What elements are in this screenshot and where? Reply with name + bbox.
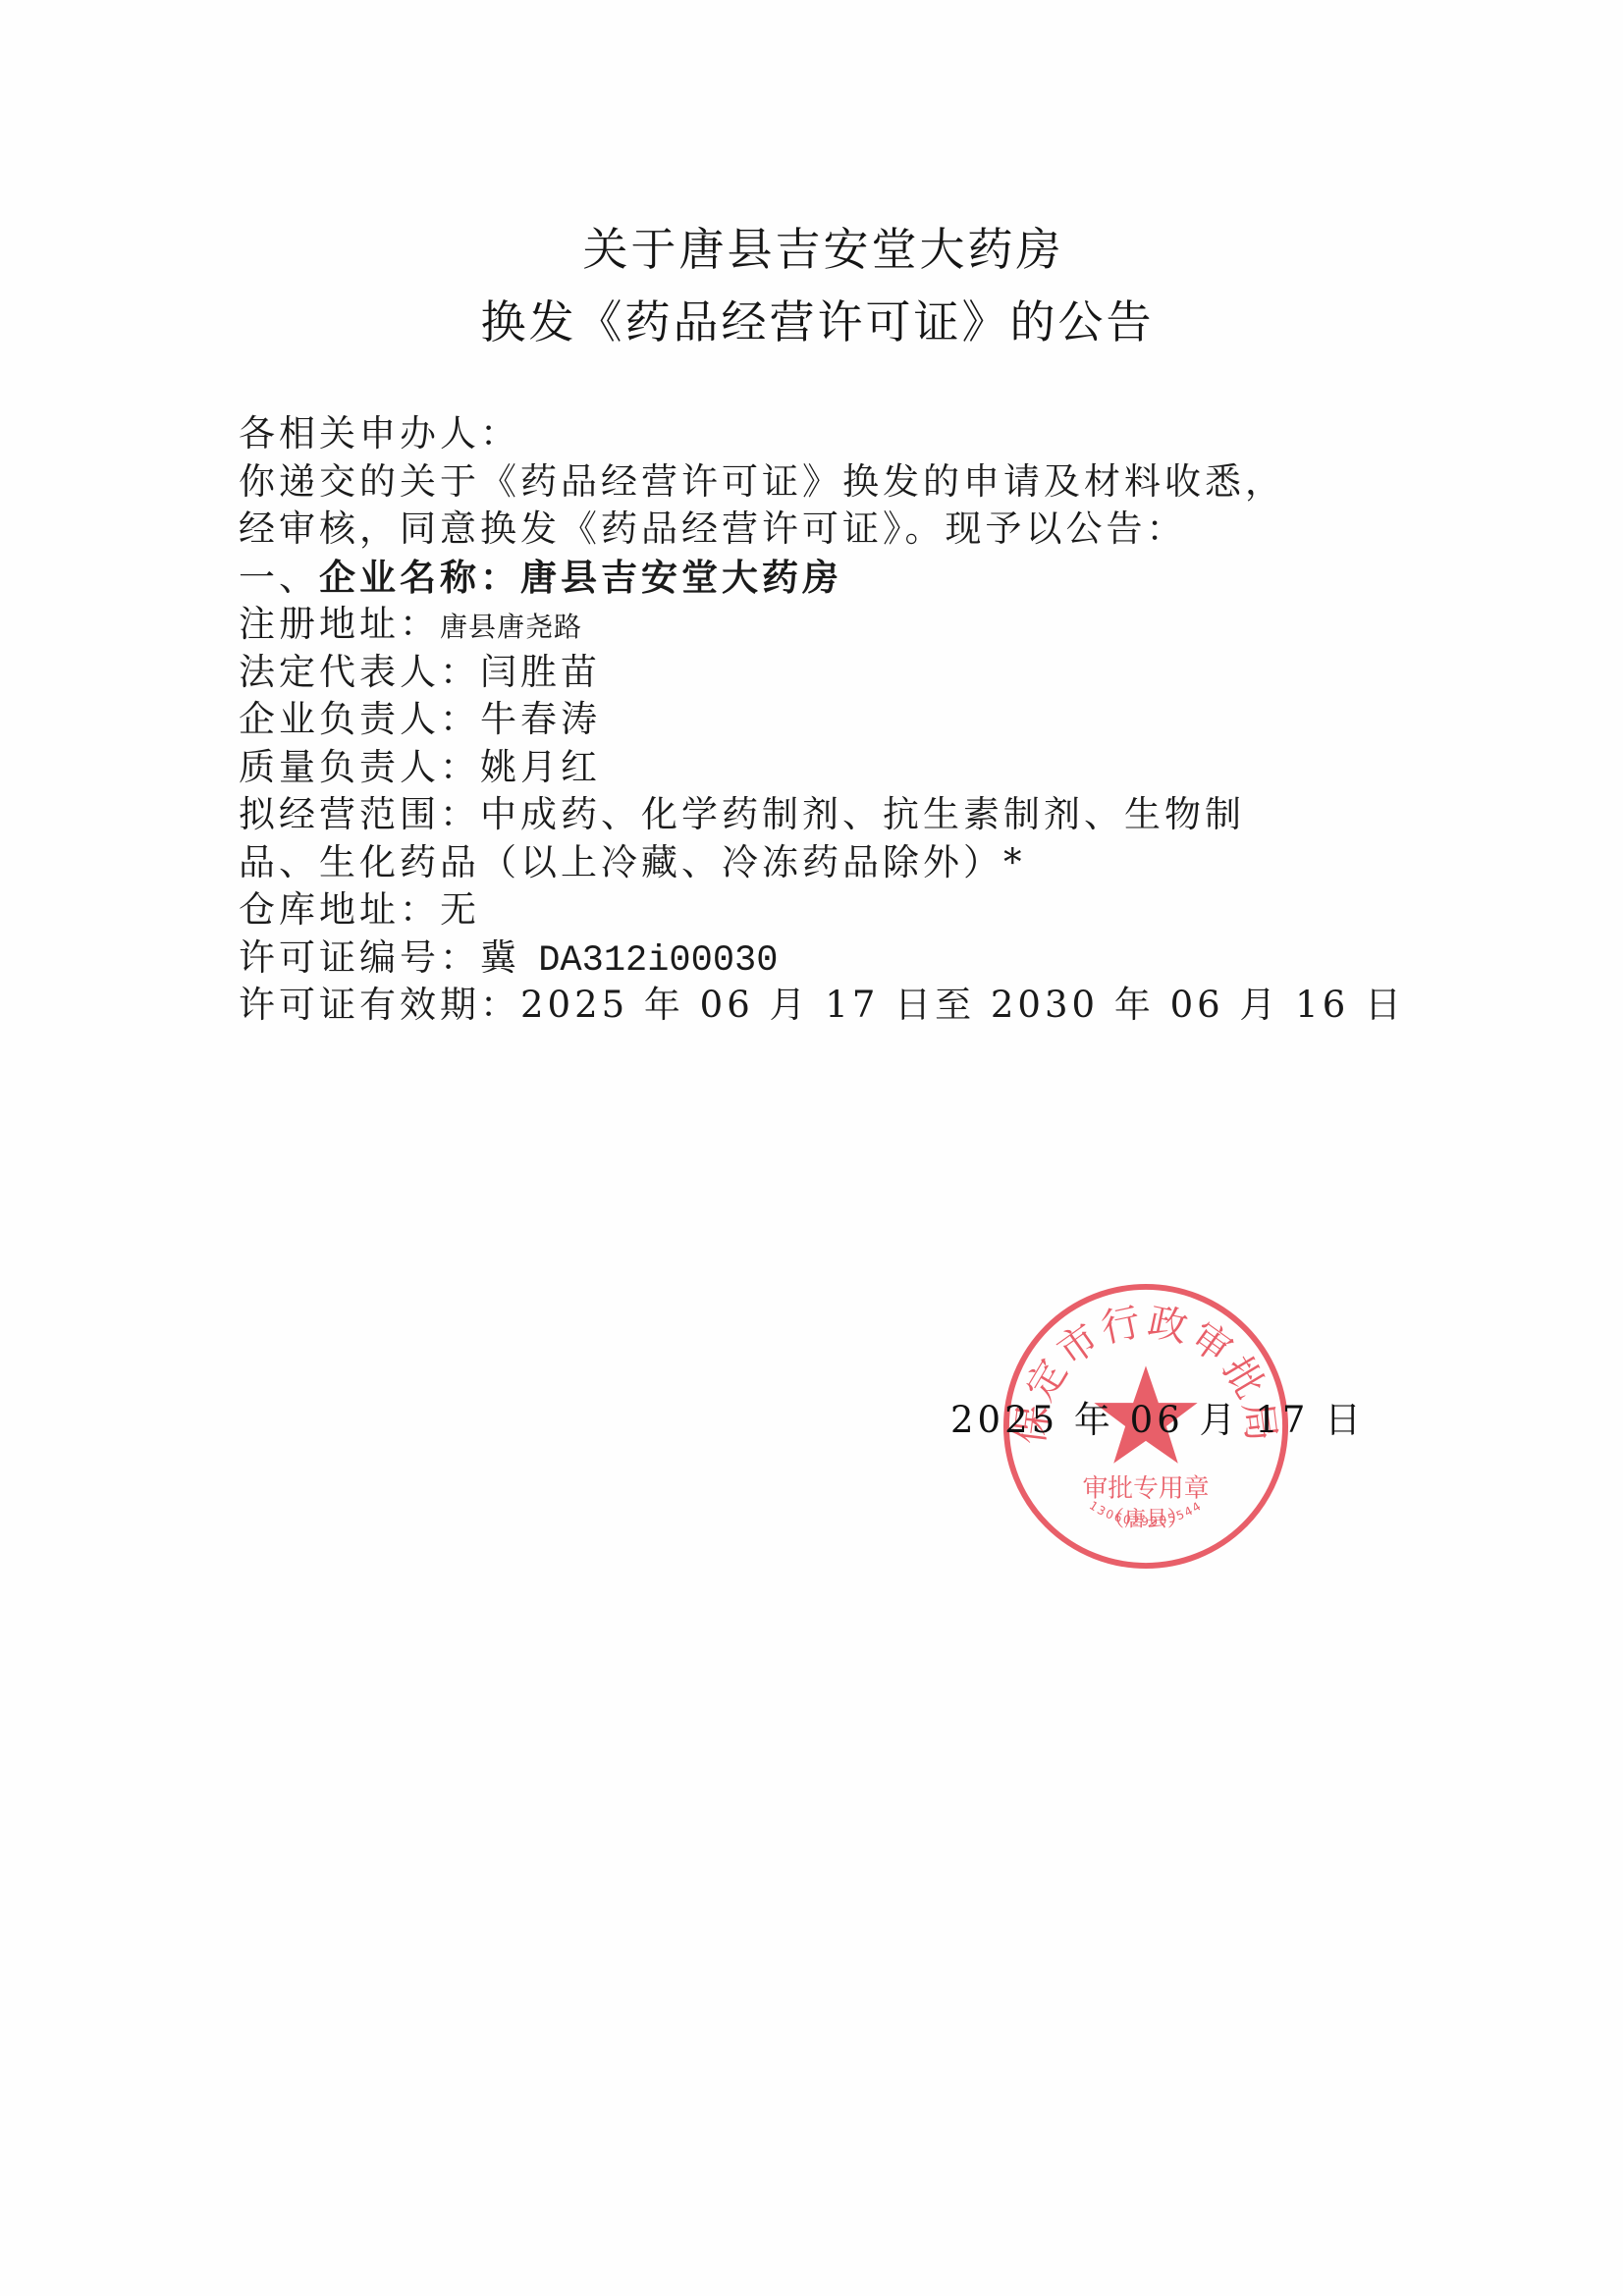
signature-date: 2025 年 06 月 17 日	[950, 1396, 1365, 1445]
business-scope-label: 拟经营范围：	[239, 793, 480, 835]
license-validity-label: 许可证有效期：	[239, 984, 520, 1026]
business-scope-row: 拟经营范围：中成药、化学药制剂、抗生素制剂、生物制	[239, 791, 1368, 839]
document-title-line-1: 关于唐县吉安堂大药房	[12, 220, 1623, 279]
document-body: 各相关申办人： 你递交的关于《药品经营许可证》换发的申请及材料收悉， 经审核，同…	[239, 410, 1368, 1030]
quality-principal-value: 姚月红	[480, 746, 601, 788]
company-name-label: 企业名称：	[319, 556, 520, 599]
enterprise-principal-value: 牛春涛	[480, 698, 601, 740]
enterprise-principal-row: 企业负责人：牛春涛	[239, 696, 1368, 744]
business-scope-value-line-1: 中成药、化学药制剂、抗生素制剂、生物制	[480, 793, 1245, 835]
salutation: 各相关申办人：	[239, 410, 1368, 458]
registered-address-label: 注册地址：	[239, 603, 440, 645]
intro-paragraph-line-1: 你递交的关于《药品经营许可证》换发的申请及材料收悉，	[239, 458, 1368, 507]
registered-address-row: 注册地址：唐县唐尧路	[239, 601, 1368, 649]
warehouse-address-label: 仓库地址：	[239, 888, 440, 931]
license-number-row: 许可证编号：冀 DA312i00030	[239, 934, 1368, 983]
warehouse-address-row: 仓库地址：无	[239, 886, 1368, 934]
legal-representative-label: 法定代表人：	[239, 651, 480, 693]
section-number: 一、	[239, 557, 319, 599]
company-name-row: 一、企业名称：唐县吉安堂大药房	[239, 554, 1368, 602]
license-number-label: 许可证编号：	[239, 936, 480, 979]
license-validity-row: 许可证有效期：2025 年 06 月 17 日至 2030 年 06 月 16 …	[239, 982, 1368, 1030]
license-validity-value: 2025 年 06 月 17 日至 2030 年 06 月 16 日	[520, 984, 1405, 1026]
quality-principal-label: 质量负责人：	[239, 746, 480, 788]
registered-address-value: 唐县唐尧路	[440, 611, 582, 643]
business-scope-row-continued: 品、生化药品（以上冷藏、冷冻药品除外）*	[239, 839, 1368, 887]
business-scope-value-line-2: 品、生化药品（以上冷藏、冷冻药品除外）*	[239, 841, 1026, 883]
license-number-value: 冀 DA312i00030	[480, 940, 778, 982]
warehouse-address-value: 无	[440, 888, 480, 931]
enterprise-principal-label: 企业负责人：	[239, 698, 480, 740]
legal-representative-value: 闫胜苗	[480, 651, 601, 693]
company-name-value: 唐县吉安堂大药房	[520, 556, 842, 599]
intro-paragraph-line-2: 经审核，同意换发《药品经营许可证》。现予以公告：	[239, 506, 1368, 554]
seal-center-text: 审批专用章	[1082, 1474, 1209, 1504]
document-page: 关于唐县吉安堂大药房 换发《药品经营许可证》的公告 各相关申办人： 你递交的关于…	[0, 0, 1623, 2296]
legal-representative-row: 法定代表人：闫胜苗	[239, 649, 1368, 697]
document-title-line-2: 换发《药品经营许可证》的公告	[6, 293, 1623, 351]
quality-principal-row: 质量负责人：姚月红	[239, 744, 1368, 792]
